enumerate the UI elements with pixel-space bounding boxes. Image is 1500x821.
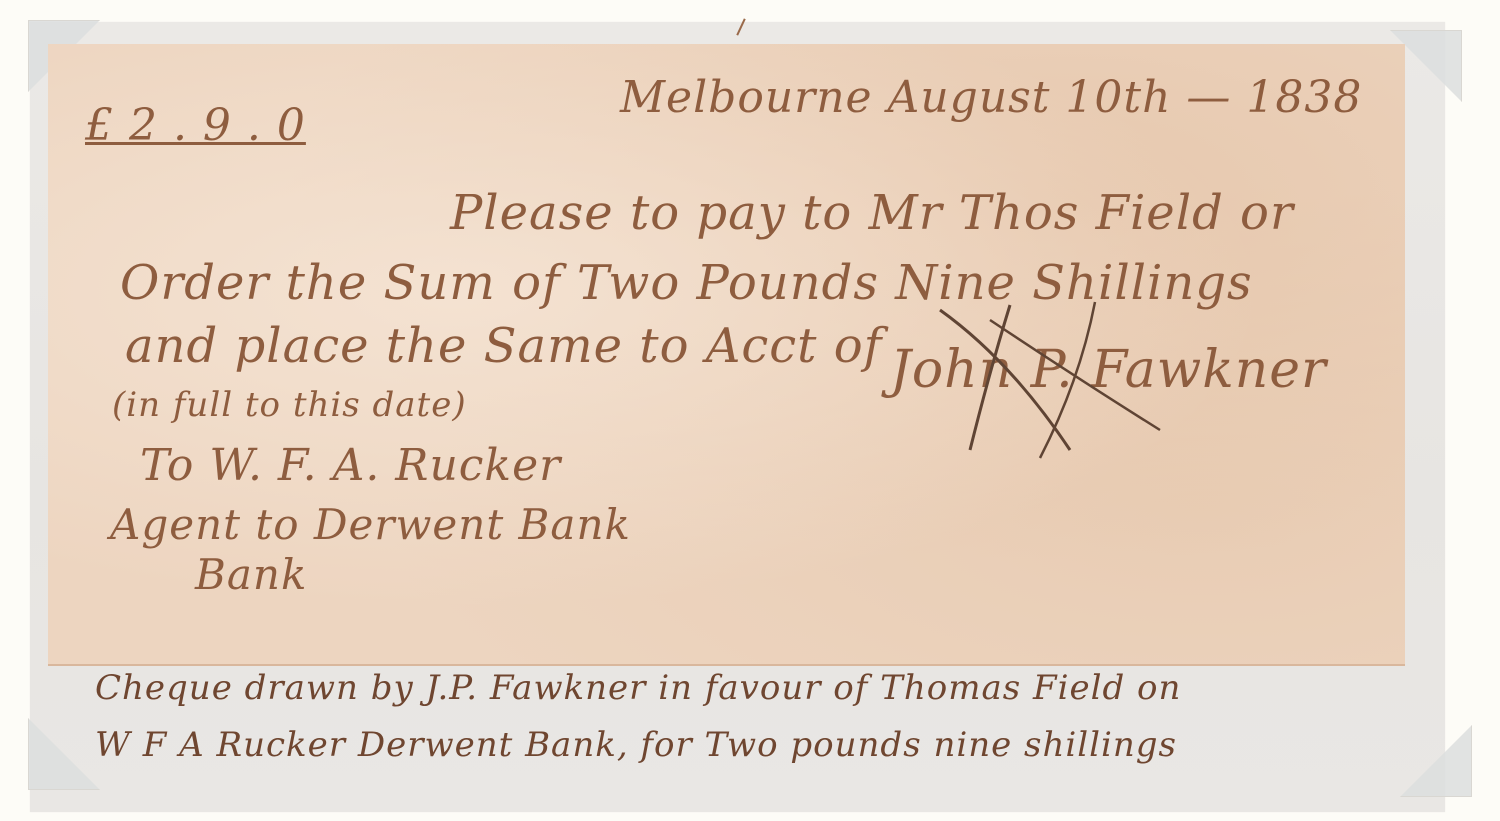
cancellation-cross-icon (930, 300, 1190, 460)
cheque-body-line-3: and place the Same to Acct of (125, 318, 882, 374)
cheque-place-date: Melbourne August 10th — 1838 (620, 72, 1362, 123)
cheque-amount: £ 2 . 9 . 0 (85, 100, 306, 151)
caption-line-2: W F A Rucker Derwent Bank, for Two pound… (95, 725, 1177, 765)
drawee-name: To W. F. A. Rucker (140, 440, 561, 491)
cheque-body-line-4: (in full to this date) (112, 385, 467, 425)
drawee-bank: Bank (195, 550, 307, 599)
cheque-body-line-1: Please to pay to Mr Thos Field or (450, 185, 1294, 241)
caption-line-1: Cheque drawn by J.P. Fawkner in favour o… (95, 668, 1181, 708)
drawee-title: Agent to Derwent Bank (110, 500, 631, 549)
